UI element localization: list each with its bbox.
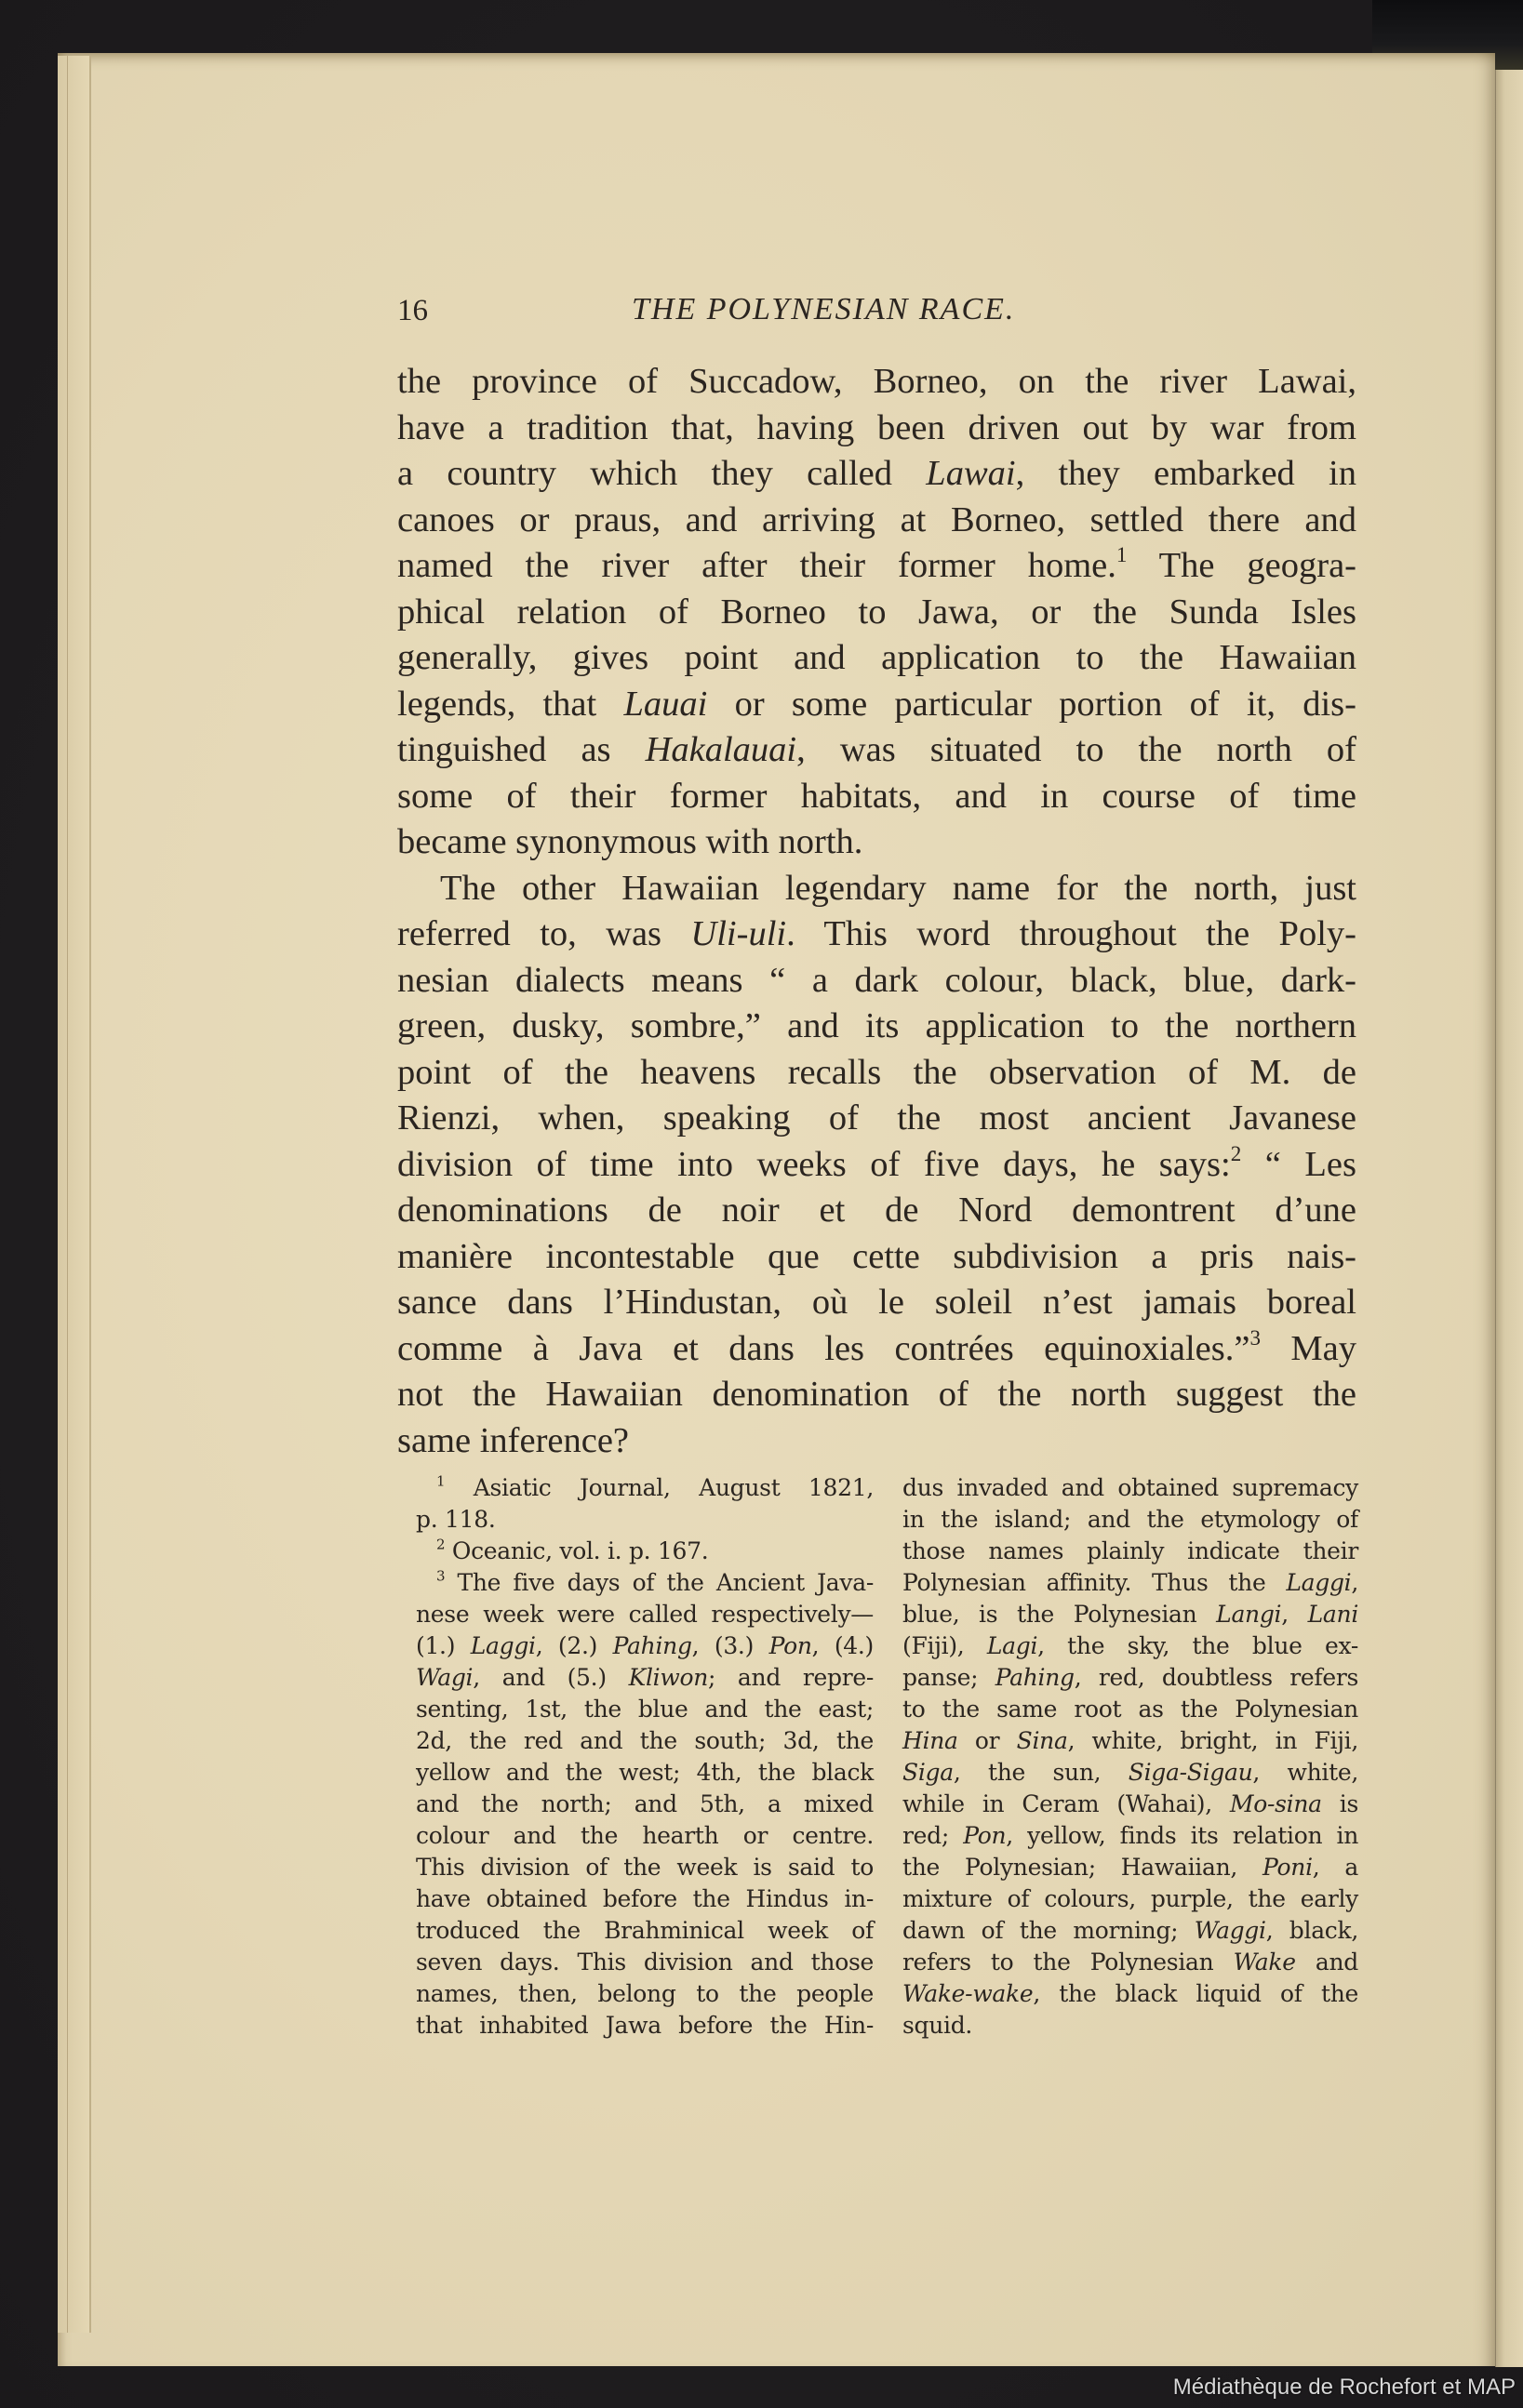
footnote-line: Siga, the sun, Siga-Sigau, white, xyxy=(902,1757,1358,1789)
body-line: the province of Succadow, Borneo, on the… xyxy=(397,359,1356,406)
body-line: sance dans l’Hindustan, où le soleil n’e… xyxy=(397,1280,1356,1326)
footnotes-left-column: 1 Asiatic Journal, August 1821,p. 118.2 … xyxy=(416,1472,874,2068)
body-line: some of their former habitats, and in co… xyxy=(397,774,1356,820)
footnote-line: panse; Pahing, red, doubtless refers xyxy=(902,1662,1358,1694)
footnote-line: those names plainly indicate their xyxy=(902,1536,1358,1567)
footnote-line: 2d, the red and the south; 3d, the xyxy=(416,1725,874,1757)
footnote-line: Polynesian affinity. Thus the Laggi, xyxy=(902,1567,1358,1599)
body-text: the province of Succadow, Borneo, on the… xyxy=(397,359,1356,1464)
footnote-line: yellow and the west; 4th, the black xyxy=(416,1757,874,1789)
footnote-line: (Fiji), Lagi, the sky, the blue ex- xyxy=(902,1630,1358,1662)
body-line: phical relation of Borneo to Jawa, or th… xyxy=(397,590,1356,636)
footnote-line: (1.) Laggi, (2.) Pahing, (3.) Pon, (4.) xyxy=(416,1630,874,1662)
body-line: referred to, was Uli-uli. This word thro… xyxy=(397,911,1356,958)
body-line: denominations de noir et de Nord demontr… xyxy=(397,1188,1356,1234)
body-line: legends, that Lauai or some particular p… xyxy=(397,682,1356,728)
footnote-line: dus invaded and obtained supremacy xyxy=(902,1472,1358,1504)
body-line: tinguished as Hakalauai, was situated to… xyxy=(397,727,1356,774)
body-line: have a tradition that, having been drive… xyxy=(397,406,1356,452)
footnote-line: 2 Oceanic, vol. i. p. 167. xyxy=(416,1536,874,1567)
body-line: not the Hawaiian denomination of the nor… xyxy=(397,1372,1356,1418)
body-line: manière incontestable que cette subdivis… xyxy=(397,1234,1356,1281)
body-line: point of the heavens recalls the observa… xyxy=(397,1050,1356,1097)
body-line: nesian dialects means “ a dark colour, b… xyxy=(397,958,1356,1004)
footnote-line: dawn of the morning; Waggi, black, xyxy=(902,1915,1358,1947)
footnote-line: while in Ceram (Wahai), Mo-sina is xyxy=(902,1789,1358,1820)
footnote-line: blue, is the Polynesian Langi, Lani xyxy=(902,1599,1358,1630)
body-line: Rienzi, when, speaking of the most ancie… xyxy=(397,1096,1356,1142)
footnote-line: 1 Asiatic Journal, August 1821, xyxy=(416,1472,874,1504)
body-line: comme à Java et dans les contrées equino… xyxy=(397,1326,1356,1373)
body-line: division of time into weeks of five days… xyxy=(397,1142,1356,1189)
page-number: 16 xyxy=(397,294,428,328)
footnote-line: the Polynesian; Hawaiian, Poni, a xyxy=(902,1852,1358,1883)
footnote-line: senting, 1st, the blue and the east; xyxy=(416,1694,874,1725)
footnote-line: refers to the Polynesian Wake and xyxy=(902,1947,1358,1978)
body-line: generally, gives point and application t… xyxy=(397,635,1356,682)
footnote-line: squid. xyxy=(902,2010,1358,2042)
footnote-line: troduced the Brahminical week of xyxy=(416,1915,874,1947)
footnote-line: red; Pon, yellow, finds its relation in xyxy=(902,1820,1358,1852)
footnote-line: Hina or Sina, white, bright, in Fiji, xyxy=(902,1725,1358,1757)
footnote-line: 3 The five days of the Ancient Java- xyxy=(416,1567,874,1599)
body-line: named the river after their former home.… xyxy=(397,543,1356,590)
footnote-line: p. 118. xyxy=(416,1504,874,1536)
page-deckle-edge xyxy=(58,56,91,2333)
body-line: The other Hawaiian legendary name for th… xyxy=(397,866,1356,912)
body-line: green, dusky, sombre,” and its applicati… xyxy=(397,1004,1356,1050)
footnote-line: nese week were called respectively— xyxy=(416,1599,874,1630)
body-line: became synonymous with north. xyxy=(397,819,1356,866)
body-line: same inference? xyxy=(397,1418,1356,1465)
footnote-line: colour and the hearth or centre. xyxy=(416,1820,874,1852)
watermark: Médiathèque de Rochefort et MAP xyxy=(1173,2375,1516,2401)
footnote-line: in the island; and the etymology of xyxy=(902,1504,1358,1536)
running-title: THE POLYNESIAN RACE. xyxy=(632,292,1015,327)
footnote-line: and the north; and 5th, a mixed xyxy=(416,1789,874,1820)
footnote-line: This division of the week is said to xyxy=(416,1852,874,1883)
footnote-line: to the same root as the Polynesian xyxy=(902,1694,1358,1725)
body-line: canoes or praus, and arriving at Borneo,… xyxy=(397,498,1356,544)
footnotes-right-column: dus invaded and obtained supremacyin the… xyxy=(902,1472,1358,2068)
body-line: a country which they called Lawai, they … xyxy=(397,451,1356,498)
footnote-line: have obtained before the Hindus in- xyxy=(416,1883,874,1915)
running-head: 16 THE POLYNESIAN RACE. xyxy=(397,288,1356,335)
footnote-line: Wake-wake, the black liquid of the xyxy=(902,1978,1358,2010)
footnote-line: mixture of colours, purple, the early xyxy=(902,1883,1358,1915)
adjacent-page-edge xyxy=(1495,70,1523,2367)
footnote-line: Wagi, and (5.) Kliwon; and repre- xyxy=(416,1662,874,1694)
footnote-line: seven days. This division and those xyxy=(416,1947,874,1978)
footnote-line: that inhabited Jawa before the Hin- xyxy=(416,2010,874,2042)
footnote-line: names, then, belong to the people xyxy=(416,1978,874,2010)
